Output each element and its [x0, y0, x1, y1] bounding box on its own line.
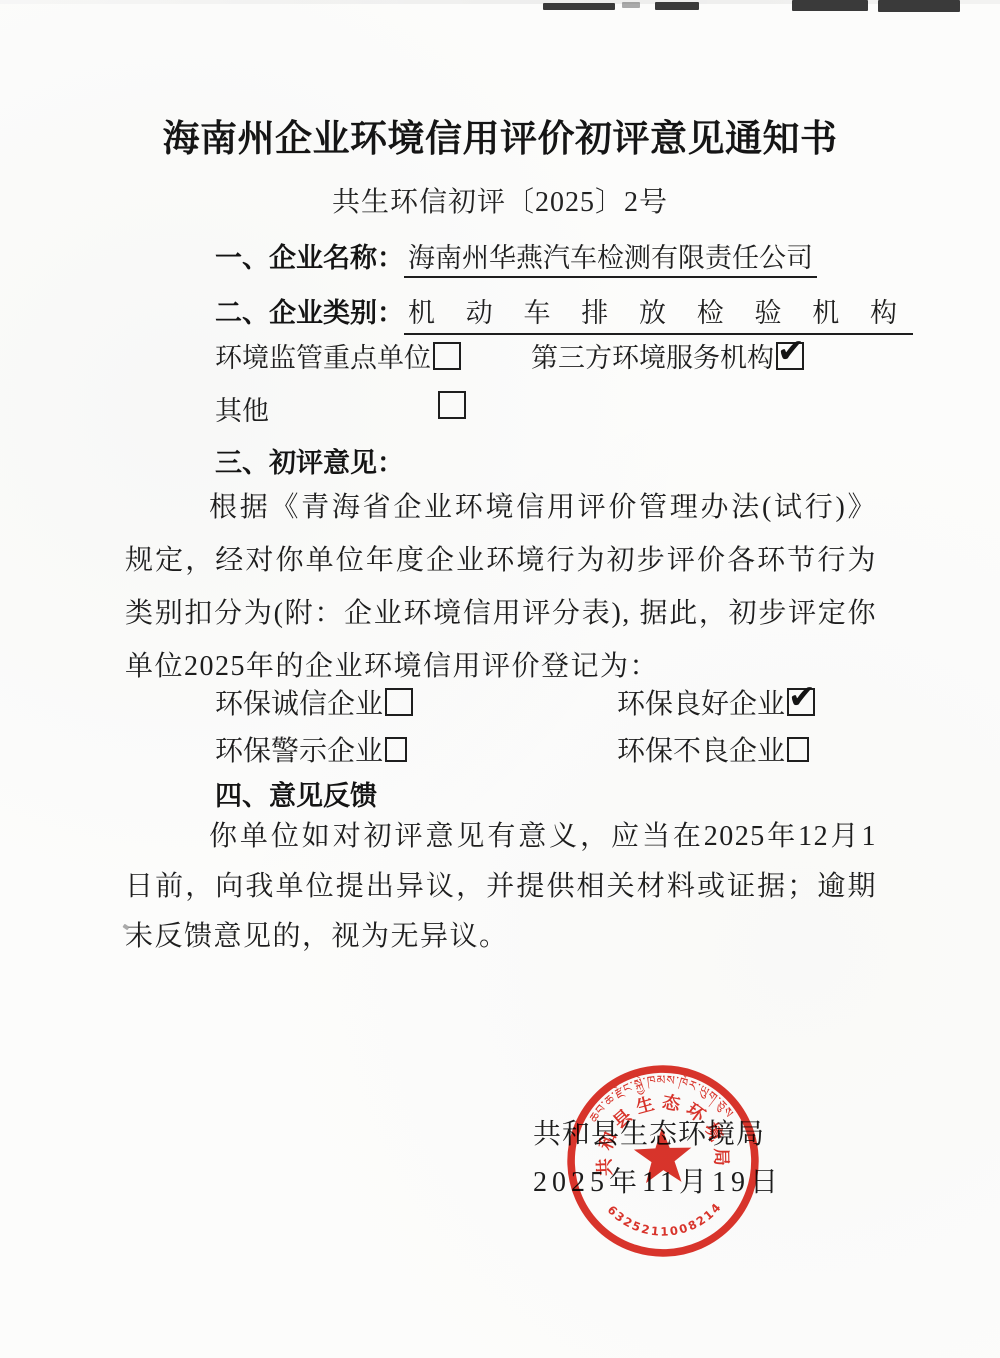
- checkbox-unchecked-icon: [433, 342, 461, 370]
- company-name-value: 海南州华燕汽车检测有限责任公司: [404, 243, 817, 278]
- checkbox-unchecked-icon: [385, 737, 407, 762]
- section4-heading: 四、意见反馈: [215, 774, 377, 813]
- svg-text:6325211008214: 6325211008214: [604, 1199, 725, 1241]
- scan-artifact: [543, 3, 615, 10]
- category-option-label: 第三方环境服务机构: [531, 343, 774, 373]
- seal-serial-number: 6325211008214: [604, 1199, 725, 1241]
- rating-row-1: 环保诚信企业 环保良好企业: [215, 682, 885, 722]
- checkbox-unchecked-icon: [438, 391, 466, 419]
- seal-star-icon: [633, 1127, 692, 1184]
- category-option-other-row: 其他: [215, 389, 269, 428]
- document-number: 共生环信初评〔2025〕2号: [0, 180, 1000, 220]
- company-name-label: 一、企业名称：: [215, 243, 404, 273]
- checkbox-checked-icon: [787, 688, 815, 716]
- scan-artifact: [622, 2, 640, 8]
- section4-paragraph: 你单位如对初评意见有意义，应当在2025年12月1日前，向我单位提出异议，并提供…: [125, 812, 877, 962]
- company-category-label: 二、企业类别：: [215, 298, 404, 328]
- checkbox-unchecked-icon: [385, 688, 413, 716]
- page-title: 海南州企业环境信用评价初评意见通知书: [0, 108, 1000, 162]
- official-seal: ཆབ་ཆ་རྫོང་སྐྱེ་ཁམས་ཁོར་ཡུག་ཅུས 共和县生态环境局 …: [559, 1057, 768, 1266]
- checkbox-unchecked-icon: [787, 737, 809, 762]
- category-options-row: 环境监管重点单位 第三方环境服务机构: [215, 336, 461, 375]
- rating-option-label: 环保良好企业: [617, 689, 785, 720]
- seal-tibetan-arc-text: ཆབ་ཆ་རྫོང་སྐྱེ་ཁམས་ཁོར་ཡུག་ཅུས: [584, 1070, 737, 1126]
- scan-artifact: [792, 0, 868, 11]
- company-category-value: 机 动 车 排 放 检 验 机 构: [404, 291, 913, 335]
- scanned-document-page: 海南州企业环境信用评价初评意见通知书 共生环信初评〔2025〕2号 一、企业名称…: [0, 0, 1000, 1358]
- scan-artifact: [655, 2, 699, 10]
- section3-paragraph: 根据《青海省企业环境信用评价管理办法(试行)》规定，经对你单位年度企业环境行为初…: [125, 481, 877, 693]
- category-option-label: 环境监管重点单位: [215, 343, 431, 373]
- svg-text:ཆབ་ཆ་རྫོང་སྐྱེ་ཁམས་ཁོར་ཡུག་ཅུས: ཆབ་ཆ་རྫོང་སྐྱེ་ཁམས་ཁོར་ཡུག་ཅུས: [584, 1070, 737, 1126]
- section3-heading: 三、初评意见：: [215, 441, 404, 480]
- rating-option-label: 环保不良企业: [617, 736, 785, 767]
- company-category-row: 二、企业类别：机 动 车 排 放 检 验 机 构: [215, 291, 913, 335]
- scan-artifact: [878, 0, 960, 12]
- category-option-label: 其他: [215, 396, 269, 426]
- checkbox-checked-icon: [776, 342, 804, 370]
- rating-option-label: 环保诚信企业: [215, 689, 383, 720]
- rating-row-2: 环保警示企业 环保不良企业: [215, 729, 885, 769]
- company-name-row: 一、企业名称：海南州华燕汽车检测有限责任公司: [215, 236, 817, 275]
- rating-option-label: 环保警示企业: [215, 736, 383, 767]
